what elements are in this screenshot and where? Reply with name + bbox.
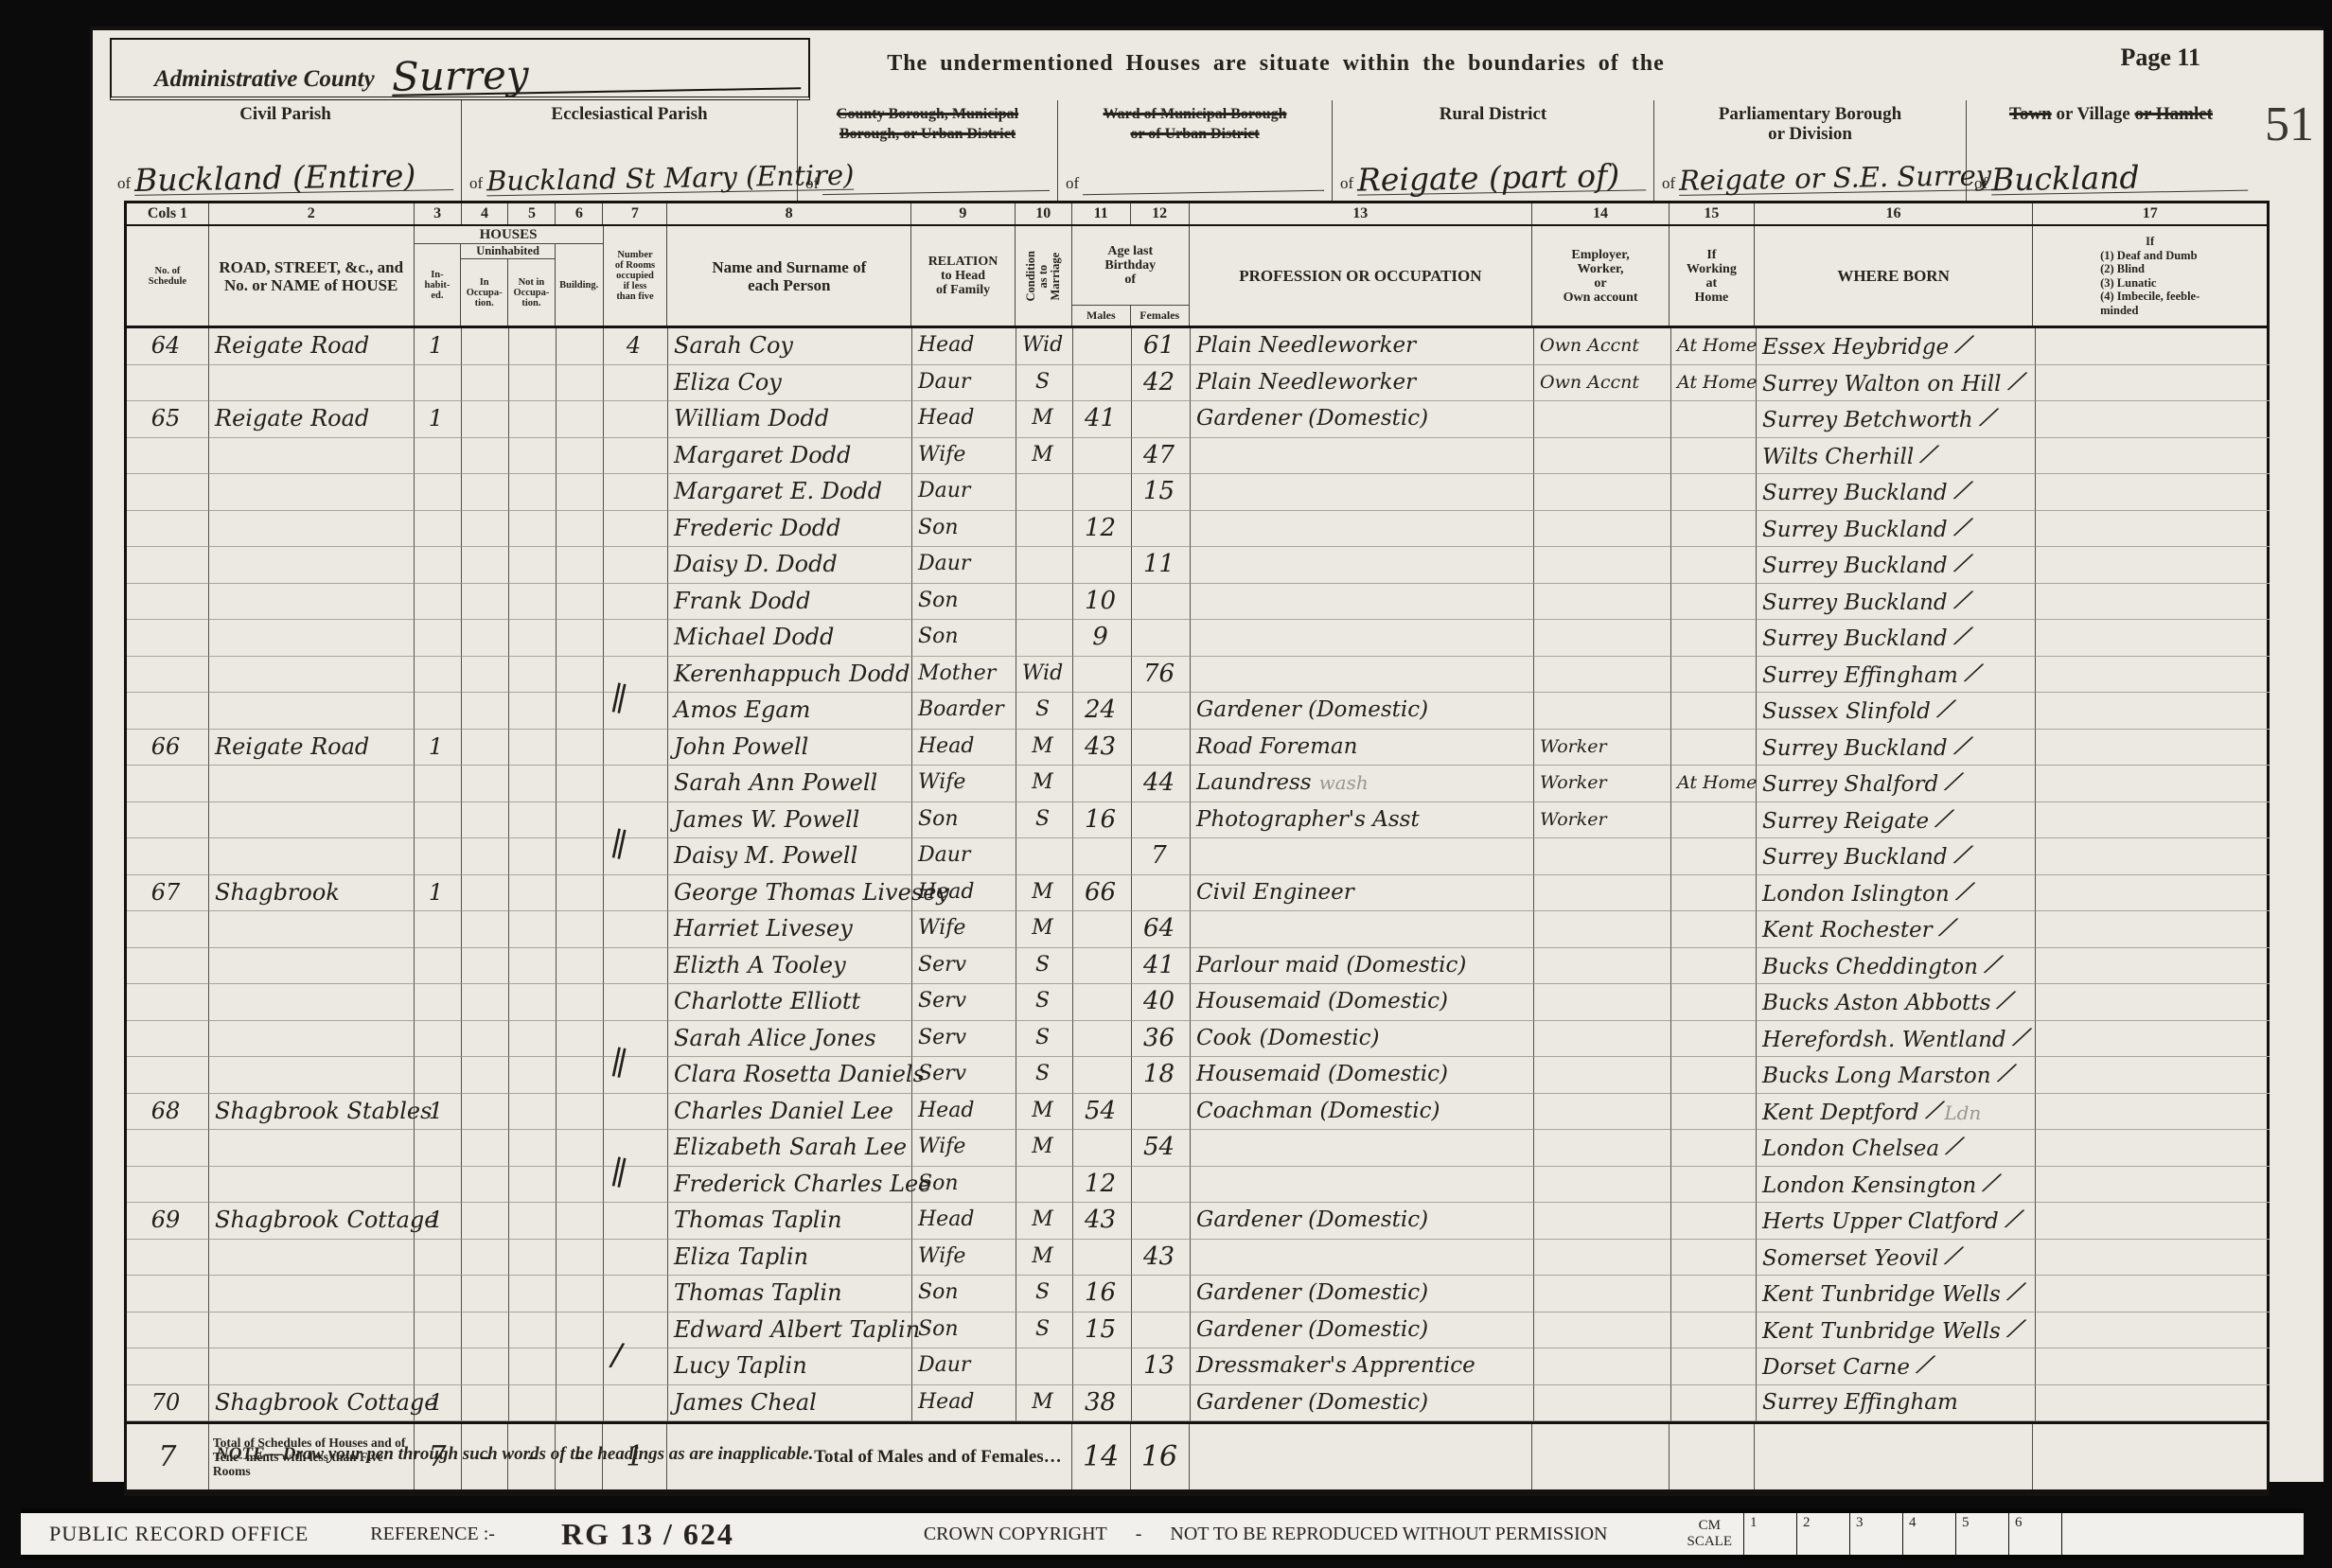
road-cell <box>209 838 415 875</box>
building-cell <box>556 474 604 511</box>
inhabited-cell <box>415 984 462 1021</box>
road-header: ROAD, STREET, &c., and No. or NAME of HO… <box>209 226 415 326</box>
name-cell: Sarah Alice Jones <box>668 1021 912 1058</box>
rooms-header: Number of Rooms occupied if less than fi… <box>604 226 668 326</box>
check-tick-mark: ⁄ <box>1960 329 1969 361</box>
check-tick-mark: ⁄ <box>1969 657 1977 689</box>
rooms-cell: ∥ <box>604 838 668 875</box>
parliamentary-borough-box: Parliamentary Borough or Division of Rei… <box>1654 100 1967 201</box>
employer-cell <box>1534 1276 1671 1313</box>
name-cell: Eliza Taplin <box>668 1240 912 1277</box>
condition-cell <box>1016 1348 1073 1385</box>
schedule-no-cell <box>127 438 209 475</box>
uninhabited-inocc-cell <box>462 511 509 548</box>
infirmity-cell <box>2036 474 2270 511</box>
schedule-no-cell <box>127 657 209 694</box>
condition-cell: M <box>1016 1094 1073 1131</box>
age-female-cell: 42 <box>1132 365 1191 402</box>
infirmity-cell <box>2036 657 2270 694</box>
pencil-annotation: Ldn <box>1944 1101 1981 1124</box>
age-female-cell: 64 <box>1132 911 1191 948</box>
rooms-cell <box>604 911 668 948</box>
occupation-cell <box>1191 620 1534 657</box>
occupation-cell <box>1191 474 1534 511</box>
copyright-label: CROWN COPYRIGHT <box>924 1524 1107 1545</box>
infirmity-cell <box>2036 766 2270 802</box>
relation-cell: Daur <box>912 474 1016 511</box>
building-cell <box>556 657 604 694</box>
athome-cell <box>1671 1385 1757 1422</box>
athome-cell <box>1671 438 1757 475</box>
name-cell: Eliza Coy <box>668 365 912 402</box>
building-cell <box>556 1240 604 1277</box>
age-male-cell <box>1073 911 1132 948</box>
employer-cell <box>1534 948 1671 985</box>
rural-district-box: Rural District of Reigate (part of) <box>1333 100 1654 201</box>
inhabited-cell <box>415 511 462 548</box>
infirmity-cell <box>2036 620 2270 657</box>
relation-cell: Son <box>912 1313 1016 1349</box>
age-male-cell <box>1073 438 1132 475</box>
ecclesiastical-parish-box: Ecclesiastical Parish of Buckland St Mar… <box>462 100 798 201</box>
not-in-occupation-header: Not in Occupa- tion. <box>508 259 555 326</box>
building-cell <box>556 1203 604 1240</box>
age-female-cell: 43 <box>1132 1240 1191 1277</box>
rooms-cell <box>604 1276 668 1313</box>
uninhabited-inocc-cell <box>462 474 509 511</box>
employer-cell: Own Accnt <box>1534 328 1671 365</box>
relation-cell: Wife <box>912 911 1016 948</box>
infirmity-cell <box>2036 1313 2270 1349</box>
col-number: 3 <box>415 203 462 224</box>
age-male-cell: 24 <box>1073 693 1132 730</box>
age-female-cell: 61 <box>1132 328 1191 365</box>
condition-cell: M <box>1016 911 1073 948</box>
condition-cell <box>1016 620 1073 657</box>
building-header: Building. <box>556 244 603 326</box>
infirmity-cell <box>2036 911 2270 948</box>
inhabited-cell <box>415 547 462 584</box>
schedule-no-cell: 67 <box>127 875 209 912</box>
rooms-cell <box>604 1094 668 1131</box>
athome-cell <box>1671 984 1757 1021</box>
employer-cell <box>1534 693 1671 730</box>
check-tick-mark: ⁄ <box>2002 985 2010 1017</box>
building-cell <box>556 984 604 1021</box>
employer-header: Employer, Worker, or Own account <box>1532 226 1669 326</box>
road-cell <box>209 948 415 985</box>
check-tick-mark: ⁄ <box>1950 766 1958 799</box>
age-female-cell: 13 <box>1132 1348 1191 1385</box>
building-cell <box>556 1313 604 1349</box>
relation-cell: Serv <box>912 1021 1016 1058</box>
admin-county-label: Administrative County <box>154 66 375 93</box>
road-cell <box>209 984 415 1021</box>
infirmity-cell <box>2036 838 2270 875</box>
pro-office-label: PUBLIC RECORD OFFICE <box>49 1522 309 1546</box>
inhabited-cell <box>415 1240 462 1277</box>
check-tick-mark: ⁄ <box>1958 621 1967 653</box>
uninhabited-notocc-cell <box>509 365 556 402</box>
males-header: Males <box>1072 306 1131 326</box>
road-cell <box>209 1130 415 1167</box>
check-tick-mark: ⁄ <box>2002 1058 2010 1090</box>
inhabited-cell <box>415 1313 462 1349</box>
ward-label-1: Ward of Municipal Borough <box>1058 104 1332 124</box>
athome-cell <box>1671 511 1757 548</box>
age-group-header: Age last Birthday of Males Females <box>1072 226 1190 326</box>
condition-cell: M <box>1016 1203 1073 1240</box>
relation-cell: Daur <box>912 547 1016 584</box>
uninhabited-notocc-cell <box>509 1313 556 1349</box>
building-cell <box>556 1348 604 1385</box>
inhabited-cell <box>415 911 462 948</box>
uninhabited-inocc-cell <box>462 584 509 621</box>
uninhabited-inocc-cell <box>462 984 509 1021</box>
schedule-no-cell <box>127 547 209 584</box>
column-headers-row: No. of Schedule ROAD, STREET, &c., and N… <box>127 226 2267 328</box>
age-title: Age last Birthday of <box>1072 226 1189 305</box>
uninhabited-group-header: Uninhabited In Occupa- tion. Not in Occu… <box>461 244 556 326</box>
inhabited-cell <box>415 1276 462 1313</box>
rooms-cell <box>604 474 668 511</box>
uninhabited-inocc-cell <box>462 1021 509 1058</box>
occupation-cell <box>1191 438 1534 475</box>
road-cell <box>209 511 415 548</box>
uninhabited-inocc-cell <box>462 438 509 475</box>
totals-schedule-mark: 7 <box>158 1440 176 1473</box>
profession-header: PROFESSION OR OCCUPATION <box>1190 226 1532 326</box>
employer-cell <box>1534 1385 1671 1422</box>
uninhabited-notocc-cell <box>509 511 556 548</box>
road-cell: Shagbrook <box>209 875 415 912</box>
name-cell: William Dodd <box>668 401 912 438</box>
uninhabited-inocc-cell <box>462 875 509 912</box>
inhabited-cell: 1 <box>415 328 462 365</box>
uninhabited-inocc-cell <box>462 1167 509 1204</box>
uninhabited-inocc-cell <box>462 547 509 584</box>
name-cell: Elizabeth Sarah Lee <box>668 1130 912 1167</box>
road-cell: Shagbrook Cottage <box>209 1203 415 1240</box>
building-cell <box>556 328 604 365</box>
athome-cell <box>1671 474 1757 511</box>
age-male-cell <box>1073 948 1132 985</box>
occupation-cell: Gardener (Domestic) <box>1191 693 1534 730</box>
athome-cell <box>1671 547 1757 584</box>
scale-tick: 1 <box>1743 1513 1796 1555</box>
age-male-cell: 16 <box>1073 1276 1132 1313</box>
age-male-cell <box>1073 474 1132 511</box>
age-female-cell: 40 <box>1132 984 1191 1021</box>
name-cell: Amos Egam <box>668 693 912 730</box>
athome-cell <box>1671 1203 1757 1240</box>
age-female-cell <box>1132 802 1191 839</box>
of-word: of <box>1340 174 1353 193</box>
uninhabited-inocc-cell <box>462 802 509 839</box>
condition-cell: S <box>1016 1276 1073 1313</box>
athome-cell <box>1671 1094 1757 1131</box>
village-word: or Village <box>2056 104 2129 124</box>
athome-cell <box>1671 693 1757 730</box>
uninhabited-inocc-cell <box>462 657 509 694</box>
athome-cell <box>1671 1057 1757 1094</box>
age-male-cell <box>1073 766 1132 802</box>
civil-parish-label: Civil Parish <box>110 104 461 124</box>
employer-cell <box>1534 657 1671 694</box>
building-cell <box>556 620 604 657</box>
building-cell <box>556 1276 604 1313</box>
schedule-no-cell <box>127 1167 209 1204</box>
relation-cell: Son <box>912 1276 1016 1313</box>
building-cell <box>556 693 604 730</box>
females-header: Females <box>1131 306 1189 326</box>
admin-county-value: Surrey <box>391 53 801 97</box>
relation-cell: Head <box>912 1094 1016 1131</box>
condition-cell <box>1016 584 1073 621</box>
check-tick-mark: ⁄ <box>1958 839 1967 872</box>
rooms-cell <box>604 766 668 802</box>
age-female-cell <box>1132 693 1191 730</box>
whereborn-cell: Surrey Effingham⁄ <box>1757 657 2036 694</box>
name-cell: John Powell <box>668 730 912 766</box>
check-tick-mark: ⁄ <box>1984 402 1992 434</box>
situate-text: The undermentioned Houses are situate wi… <box>850 51 1702 77</box>
employer-cell <box>1534 838 1671 875</box>
condition-cell <box>1016 474 1073 511</box>
whereborn-cell: Surrey Effingham <box>1757 1385 2036 1422</box>
col-number: 5 <box>508 203 556 224</box>
census-table: Cols 1234567891011121314151617 No. of Sc… <box>124 201 2270 1496</box>
relation-cell: Head <box>912 328 1016 365</box>
condition-cell: M <box>1016 438 1073 475</box>
schedule-no-cell <box>127 474 209 511</box>
schedule-no-cell: 66 <box>127 730 209 766</box>
col-number: 4 <box>462 203 509 224</box>
relation-cell: Head <box>912 730 1016 766</box>
condition-cell: S <box>1016 802 1073 839</box>
whereborn-cell: London Kensington⁄ <box>1757 1167 2036 1204</box>
relation-cell: Daur <box>912 365 1016 402</box>
relation-cell: Wife <box>912 1130 1016 1167</box>
scale-tick: 6 <box>2008 1513 2061 1555</box>
uninhabited-notocc-cell <box>509 1203 556 1240</box>
road-cell <box>209 1057 415 1094</box>
schedule-no-cell <box>127 1057 209 1094</box>
whereborn-cell: Surrey Buckland⁄ <box>1757 584 2036 621</box>
uninhabited-inocc-cell <box>462 1276 509 1313</box>
age-female-cell <box>1132 1313 1191 1349</box>
county-borough-label-2: Borough, or Urban District <box>798 124 1057 144</box>
houses-title: HOUSES <box>415 226 603 244</box>
uninhabited-notocc-cell <box>509 401 556 438</box>
building-cell <box>556 1385 604 1422</box>
inhabited-cell <box>415 838 462 875</box>
name-cell: Frank Dodd <box>668 584 912 621</box>
rooms-cell <box>604 401 668 438</box>
col-number: 2 <box>209 203 415 224</box>
age-male-cell: 43 <box>1073 1203 1132 1240</box>
athome-cell <box>1671 911 1757 948</box>
ecclesiastical-parish-label: Ecclesiastical Parish <box>462 104 797 124</box>
condition-cell: M <box>1016 1130 1073 1167</box>
relation-cell: Son <box>912 584 1016 621</box>
check-tick-mark: ⁄ <box>2012 365 2021 397</box>
infirmity-cell <box>2036 547 2270 584</box>
name-cell: Daisy D. Dodd <box>668 547 912 584</box>
relation-cell: Serv <box>912 984 1016 1021</box>
inhabited-cell: 1 <box>415 730 462 766</box>
employer-cell: Worker <box>1534 766 1671 802</box>
rooms-cell: ∥ <box>604 1057 668 1094</box>
road-cell <box>209 1240 415 1277</box>
town-village-value: Buckland <box>1991 162 2248 196</box>
occupation-cell: Gardener (Domestic) <box>1191 401 1534 438</box>
age-female-cell: 7 <box>1132 838 1191 875</box>
uninhabited-title: Uninhabited <box>461 244 555 259</box>
uninhabited-inocc-cell <box>462 911 509 948</box>
relation-cell: Son <box>912 802 1016 839</box>
employer-cell <box>1534 620 1671 657</box>
athome-cell <box>1671 875 1757 912</box>
building-cell <box>556 584 604 621</box>
building-cell <box>556 1167 604 1204</box>
schedule-no-cell: 64 <box>127 328 209 365</box>
age-female-cell <box>1132 1167 1191 1204</box>
check-tick-mark: ⁄ <box>1958 584 1967 616</box>
occupation-cell <box>1191 511 1534 548</box>
schedule-no-cell: 69 <box>127 1203 209 1240</box>
rooms-cell <box>604 620 668 657</box>
occupation-cell: Cook (Domestic) <box>1191 1021 1534 1058</box>
civil-parish-box: Civil Parish of Buckland (Entire) <box>110 100 462 201</box>
check-tick-mark: ⁄ <box>2009 1204 2018 1236</box>
employer-cell <box>1534 1313 1671 1349</box>
schedule-no-cell <box>127 693 209 730</box>
athome-cell <box>1671 1313 1757 1349</box>
name-cell: Harriet Livesey <box>668 911 912 948</box>
road-cell: Reigate Road <box>209 328 415 365</box>
inhabited-cell <box>415 1021 462 1058</box>
employer-cell: Own Accnt <box>1534 365 1671 402</box>
whereborn-cell: Surrey Betchworth⁄ <box>1757 401 2036 438</box>
age-male-cell <box>1073 328 1132 365</box>
whereborn-cell: Dorset Carne⁄ <box>1757 1348 2036 1385</box>
age-female-cell <box>1132 1385 1191 1422</box>
scale-tick: 2 <box>1796 1513 1849 1555</box>
condition-header: Condition as to Marriage <box>1016 226 1072 326</box>
age-male-cell: 66 <box>1073 875 1132 912</box>
reference-number: RG 13 / 624 <box>561 1517 734 1552</box>
rooms-cell <box>604 1385 668 1422</box>
census-rows: 64 Reigate Road 1 4 Sarah Coy Head Wid 6… <box>127 328 2267 1421</box>
athome-cell: At Home <box>1671 365 1757 402</box>
infirmity-cell <box>2036 511 2270 548</box>
of-word: of <box>1662 174 1675 193</box>
inhabited-cell <box>415 693 462 730</box>
schedule-no-cell <box>127 1276 209 1313</box>
age-male-cell <box>1073 1348 1132 1385</box>
occupation-cell: Gardener (Domestic) <box>1191 1385 1534 1422</box>
rooms-cell: 4 <box>604 328 668 365</box>
employer-cell <box>1534 401 1671 438</box>
check-tick-mark: ⁄ <box>1921 1349 1930 1382</box>
hamlet-word: or Hamlet <box>2135 104 2214 124</box>
athome-cell <box>1671 1276 1757 1313</box>
uninhabited-notocc-cell <box>509 620 556 657</box>
relation-cell: Wife <box>912 438 1016 475</box>
athome-cell <box>1671 657 1757 694</box>
check-tick-mark: ⁄ <box>1989 948 1998 980</box>
col-number: 16 <box>1755 203 2034 224</box>
uninhabited-notocc-cell <box>509 438 556 475</box>
rooms-cell <box>604 1203 668 1240</box>
where-born-header: WHERE BORN <box>1755 226 2034 326</box>
athome-cell <box>1671 620 1757 657</box>
name-cell: Margaret Dodd <box>668 438 912 475</box>
employer-cell <box>1534 1167 1671 1204</box>
rooms-cell <box>604 948 668 985</box>
col-number: 13 <box>1190 203 1533 224</box>
scale-tick: 4 <box>1902 1513 1955 1555</box>
uninhabited-inocc-cell <box>462 1203 509 1240</box>
occupation-cell: Parlour maid (Domestic) <box>1191 948 1534 985</box>
building-cell <box>556 1094 604 1131</box>
age-female-cell: 18 <box>1132 1057 1191 1094</box>
building-cell <box>556 401 604 438</box>
occupation-cell: Plain Needleworker <box>1191 365 1534 402</box>
uninhabited-inocc-cell <box>462 1057 509 1094</box>
county-borough-box: County Borough, Municipal Borough, or Ur… <box>798 100 1058 201</box>
inhabited-cell: 1 <box>415 1094 462 1131</box>
age-female-cell: 36 <box>1132 1021 1191 1058</box>
totals-females-value: 16 <box>1141 1440 1177 1473</box>
road-cell <box>209 1021 415 1058</box>
district-boxes: Civil Parish of Buckland (Entire) Eccles… <box>110 100 2272 201</box>
check-tick-mark: ⁄ <box>1940 802 1949 835</box>
name-header: Name and Surname of each Person <box>667 226 911 326</box>
whereborn-cell: Bucks Aston Abbotts⁄ <box>1757 984 2036 1021</box>
age-female-cell <box>1132 875 1191 912</box>
road-cell <box>209 693 415 730</box>
age-female-cell: 54 <box>1132 1130 1191 1167</box>
age-male-cell <box>1073 547 1132 584</box>
uninhabited-inocc-cell <box>462 766 509 802</box>
uninhabited-notocc-cell <box>509 1385 556 1422</box>
condition-cell: M <box>1016 401 1073 438</box>
condition-cell <box>1016 838 1073 875</box>
age-female-cell <box>1132 1203 1191 1240</box>
col-number: 6 <box>556 203 603 224</box>
reproduction-notice: NOT TO BE REPRODUCED WITHOUT PERMISSION <box>1170 1524 1607 1545</box>
age-female-cell: 76 <box>1132 657 1191 694</box>
schedule-no-cell <box>127 511 209 548</box>
employer-cell <box>1534 511 1671 548</box>
whereborn-cell: Kent Tunbridge Wells⁄ <box>1757 1276 2036 1313</box>
condition-cell: S <box>1016 1313 1073 1349</box>
employer-cell <box>1534 438 1671 475</box>
schedule-no-cell <box>127 838 209 875</box>
infirmity-cell <box>2036 1094 2270 1131</box>
name-cell: Daisy M. Powell <box>668 838 912 875</box>
age-female-cell: 44 <box>1132 766 1191 802</box>
condition-cell <box>1016 511 1073 548</box>
employer-cell <box>1534 584 1671 621</box>
col-number: 15 <box>1669 203 1755 224</box>
check-tick-mark: ⁄ <box>1987 1167 1996 1199</box>
name-cell: Lucy Taplin <box>668 1348 912 1385</box>
age-male-cell <box>1073 1130 1132 1167</box>
road-cell: Reigate Road <box>209 401 415 438</box>
